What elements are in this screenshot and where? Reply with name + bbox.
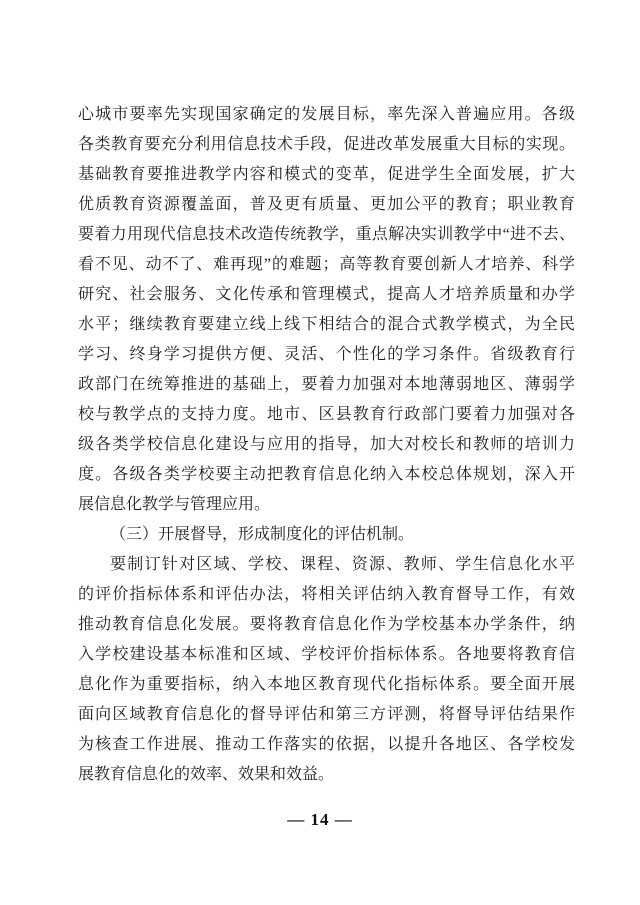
- text-line: 要制订针对区域、学校、课程、资源、教师、学生信息化水平: [78, 550, 575, 580]
- text-line: （三）开展督导，形成制度化的评估机制。: [78, 520, 575, 550]
- text-line: 面向区域教育信息化的督导评估和第三方评测，将督导评估结果作: [78, 700, 575, 730]
- text-line: 级各类学校信息化建设与应用的指导，加大对校长和教师的培训力: [78, 430, 575, 460]
- text-line: 研究、社会服务、文化传承和管理模式，提高人才培养质量和办学: [78, 280, 575, 310]
- text-line: 为核查工作进展、推动工作落实的依据，以提升各地区、各学校发: [78, 730, 575, 760]
- text-line: 的评价指标体系和评估办法，将相关评估纳入教育督导工作，有效: [78, 580, 575, 610]
- text-line: 学习、终身学习提供方便、灵活、个性化的学习条件。省级教育行: [78, 340, 575, 370]
- text-line: 水平；继续教育要建立线上线下相结合的混合式教学模式，为全民: [78, 310, 575, 340]
- text-line: 基础教育要推进教学内容和模式的变革，促进学生全面发展，扩大: [78, 160, 575, 190]
- text-line: 各类教育要充分利用信息技术手段，促进改革发展重大目标的实现。: [78, 130, 575, 160]
- text-line: 度。各级各类学校要主动把教育信息化纳入本校总体规划，深入开: [78, 460, 575, 490]
- text-line: 心城市要率先实现国家确定的发展目标，率先深入普遍应用。各级: [78, 100, 575, 130]
- text-line: 优质教育资源覆盖面，普及更有质量、更加公平的教育；职业教育: [78, 190, 575, 220]
- document-page: 心城市要率先实现国家确定的发展目标，率先深入普遍应用。各级各类教育要充分利用信息…: [0, 0, 640, 905]
- text-line: 展教育信息化的效率、效果和效益。: [78, 760, 575, 790]
- text-line: 校与教学点的支持力度。地市、区县教育行政部门要着力加强对各: [78, 400, 575, 430]
- page-number: — 14 —: [287, 810, 353, 829]
- text-line: 入学校建设基本标准和区域、学校评价指标体系。各地要将教育信: [78, 640, 575, 670]
- text-line: 展信息化教学与管理应用。: [78, 490, 575, 520]
- page-footer: — 14 —: [0, 810, 640, 830]
- text-line: 政部门在统筹推进的基础上，要着力加强对本地薄弱地区、薄弱学: [78, 370, 575, 400]
- text-line: 看不见、动不了、难再现”的难题；高等教育要创新人才培养、科学: [78, 250, 575, 280]
- text-line: 息化作为重要指标，纳入本地区教育现代化指标体系。要全面开展: [78, 670, 575, 700]
- text-line: 要着力用现代信息技术改造传统教学，重点解决实训教学中“进不去、: [78, 220, 575, 250]
- text-line: 推动教育信息化发展。要将教育信息化作为学校基本办学条件，纳: [78, 610, 575, 640]
- document-body: 心城市要率先实现国家确定的发展目标，率先深入普遍应用。各级各类教育要充分利用信息…: [78, 100, 575, 790]
